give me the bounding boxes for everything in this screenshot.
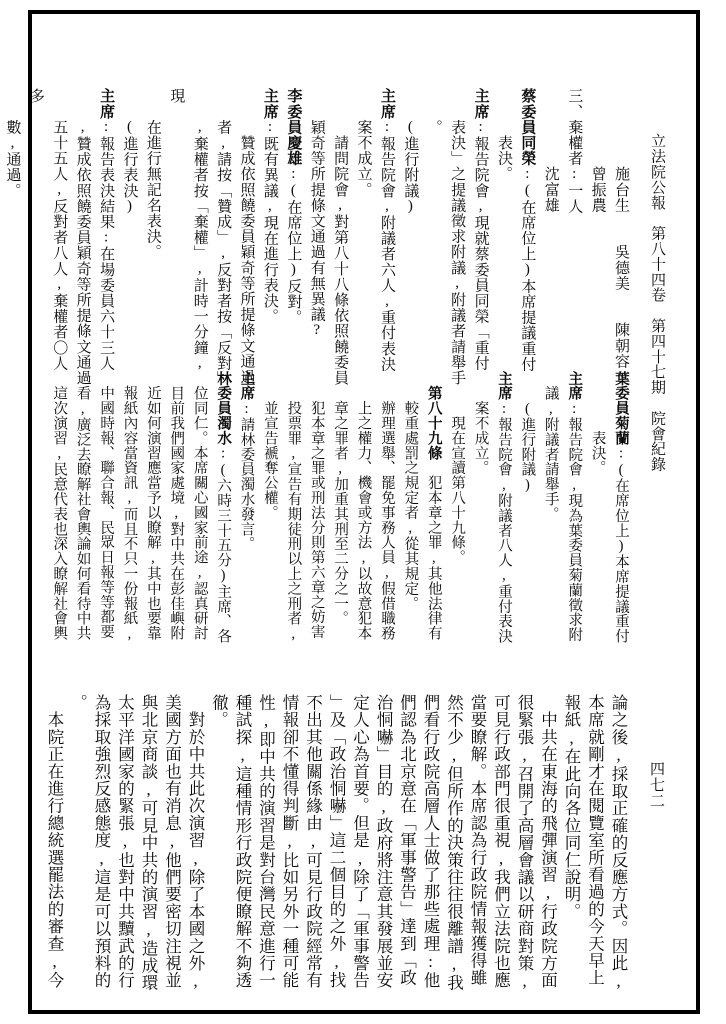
text-column: 目前我們國家處境,對中共在彭佳嶼附 <box>164 371 187 655</box>
text-column: 章之罪者,加重其刑至二分之一。 <box>328 371 351 655</box>
text-column: 本院正在進行總統選罷法的審查,今 <box>43 694 67 1004</box>
text-column: 表決」之提議徵求附議,附議者請舉手 <box>445 88 468 386</box>
text-column: 。 <box>66 694 90 1004</box>
text-column: 三、棄權者:一人 <box>562 88 585 386</box>
text-column: 性,即中共的演習是對台灣民意進行一 <box>254 694 278 1004</box>
text-column: 定人心為首要。但是,除了「軍事警告 <box>348 694 372 1004</box>
speaker-name: 林委員濁水 <box>215 371 231 446</box>
text-column: 沈富雄 <box>538 88 561 386</box>
text-block-bottom: 論之後,採取正確的反應方式。因此,本席就剛才在閱覽室所看過的今天早上報紙,在此向… <box>43 694 631 1004</box>
text-column: 在進行無記名表決。 <box>140 88 163 386</box>
text-column: 並宣告褫奪公權。 <box>258 371 281 655</box>
page-number: 四七二 <box>646 761 667 821</box>
text-column: 犯本章之罪或刑法分則第六章之妨害 <box>304 371 327 655</box>
text-column: 主席:報告院會,現就蔡委員同榮「重付 <box>468 88 491 386</box>
text-column: 這次演習,民意代表也深入瞭解社會輿 <box>47 371 70 655</box>
text-column: 請問院會,對第八十八條依照饒委員 <box>328 88 351 386</box>
text-column: 然不少,但所作的決策往往很離譜,我 <box>442 694 466 1004</box>
text-column: 很緊張,召開了高層會議以研商對策, <box>513 694 537 1004</box>
text-column: 情報卻不懂得判斷,比如另外一種可能 <box>278 694 302 1004</box>
text-column: 們認為北京意在「軍事警告」達到「政 <box>395 694 419 1004</box>
text-column: 位同仁。本席關心國家前途,認真研討 <box>187 371 210 655</box>
text-column: 。 <box>421 88 444 386</box>
text-column: ,棄權者按「棄權」,計時一分鐘,現 <box>164 88 211 386</box>
speaker-name: 主席 <box>262 88 278 119</box>
text-column: 主席:既有異議,現在進行表決。 <box>258 88 281 386</box>
text-column: 中國時報、聯合報、民眾日報等等都要 <box>94 371 117 655</box>
speaker-name: 主席 <box>566 371 582 401</box>
text-column: 美國方面也有消息,他們要密切注視並 <box>160 694 184 1004</box>
text-column: 五十五人,反對者八人,棄權者〇人多 <box>23 88 70 386</box>
text-column: 林委員濁水:(六時三十五分)主席、各 <box>211 371 234 655</box>
text-block-top: 施台生 吳德美 陳朝容 曾振農三、棄權者:一人 沈富雄蔡委員同榮:(在席位上)本… <box>0 88 632 386</box>
text-column: 數,通過。 <box>0 88 23 386</box>
text-column: 報紙內容當資訊,而且不只一份報紙, <box>117 371 140 655</box>
text-column: 對於中共此次演習,除了本國之外, <box>184 694 208 1004</box>
speaker-name: 主席 <box>239 371 255 401</box>
text-column: 辦理選舉、罷免事務人員,假借職務 <box>375 371 398 655</box>
text-column: 」及「政治恫嚇」這二個目的之外,找 <box>325 694 349 1004</box>
text-column: 蔡委員同榮:(在席位上)本席提議重付 <box>515 88 538 386</box>
text-column: 可見行政部門很重視,我們立法院也應 <box>489 694 513 1004</box>
text-column: 者,請按「贊成」,反對者按「反對」 <box>211 88 234 386</box>
text-column: 為採取強烈反感態度,這是可以預料的 <box>90 694 114 1004</box>
text-column: (進行附議) <box>515 371 538 655</box>
text-column: 表決。 <box>492 88 515 386</box>
text-column: 葉委員菊蘭:(在席位上)本席提議重付 <box>609 371 632 655</box>
text-column: 案不成立。 <box>351 88 374 386</box>
text-column: 穎奇等所提條文通過有無異議? <box>304 88 327 386</box>
text-column: 贊成依照饒委員穎奇等所提條文通過 <box>234 88 257 386</box>
text-column: 曾振農 <box>585 88 608 386</box>
text-column: 較重處罰之規定者,從其規定。 <box>398 371 421 655</box>
text-column: 報紙,在此向各位同仁說明。 <box>560 694 584 1004</box>
speaker-name: 葉委員菊蘭 <box>613 371 629 446</box>
text-column: 與北京商談,可見中共的演習,造成環 <box>137 694 161 1004</box>
text-column: 本席就剛才在閱覽室所看過的今天早上 <box>583 694 607 1004</box>
text-column: 主席:報告表決結果:在場委員六十三人 <box>94 88 117 386</box>
text-column: 不出其他關係緣由,可見行政院經常有 <box>301 694 325 1004</box>
text-column: 議,附議者請舉手。 <box>538 371 561 655</box>
text-column: 論之後,採取正確的反應方式。因此, <box>607 694 631 1004</box>
text-block-middle: 葉委員菊蘭:(在席位上)本席提議重付 表決。主席:報告院會,現為葉委員菊蘭徵求附… <box>47 371 632 655</box>
speaker-name: 主席 <box>98 88 114 119</box>
text-column: 近如何演習應當予以瞭解,其中也要靠 <box>140 371 163 655</box>
speaker-name: 蔡委員同榮 <box>519 88 535 166</box>
text-column: 們看行政院高層人士做了那些處理:他 <box>419 694 443 1004</box>
speaker-name: 主席 <box>496 371 512 401</box>
speaker-name: 第八十九條 <box>426 371 442 460</box>
journal-header: 立法院公報 第八十四卷 第四十七期 院會紀錄 <box>647 133 668 483</box>
text-column: 主席:報告院會,附議者六人,重付表決 <box>375 88 398 386</box>
text-column: 投票罪,宣告有期徒刑以上之刑者, <box>281 371 304 655</box>
text-column: 當要瞭解。本席認為行政院情報獲得雖 <box>466 694 490 1004</box>
text-column: 李委員慶雄:(在席位上)反對。 <box>281 88 304 386</box>
text-column: 徹。 <box>207 694 231 1004</box>
speaker-name: 主席 <box>379 88 395 119</box>
text-column: 種試探,這種情形行政院便瞭解不夠透 <box>231 694 255 1004</box>
document-page: 立法院公報 第八十四卷 第四十七期 院會紀錄 四七二 施台生 吳德美 陳朝容 曾… <box>0 0 726 1024</box>
speaker-name: 李委員慶雄 <box>285 88 301 166</box>
text-column: (進行附議) <box>398 88 421 386</box>
text-column: 太平洋國家的緊張,也對中共黷武的行 <box>113 694 137 1004</box>
text-column: ,贊成依照饒委員穎奇等所提條文通過 <box>70 88 93 386</box>
text-column: 主席:報告院會,附議者八人,重付表決 <box>492 371 515 655</box>
text-column: 施台生 吳德美 陳朝容 <box>609 88 632 386</box>
text-column: 現在宣讀第八十九條。 <box>445 371 468 655</box>
text-column: 第八十九條 犯本章之罪,其他法律有 <box>421 371 444 655</box>
text-column: 治恫嚇」目的,政府將注意其發展並安 <box>372 694 396 1004</box>
speaker-name: 主席 <box>473 88 489 119</box>
text-column: 主席:報告院會,現為葉委員菊蘭徵求附 <box>562 371 585 655</box>
text-column: 表決。 <box>585 371 608 655</box>
text-column: 案不成立。 <box>468 371 491 655</box>
text-column: 主席:請林委員濁水發言。 <box>234 371 257 655</box>
text-column: (進行表決) <box>117 88 140 386</box>
text-column: 中共在東海的飛彈演習,行政院方面 <box>536 694 560 1004</box>
text-column: 上之權力、機會或方法,以故意犯本 <box>351 371 374 655</box>
text-column: 看,廣泛去瞭解社會輿論如何看待中共 <box>70 371 93 655</box>
